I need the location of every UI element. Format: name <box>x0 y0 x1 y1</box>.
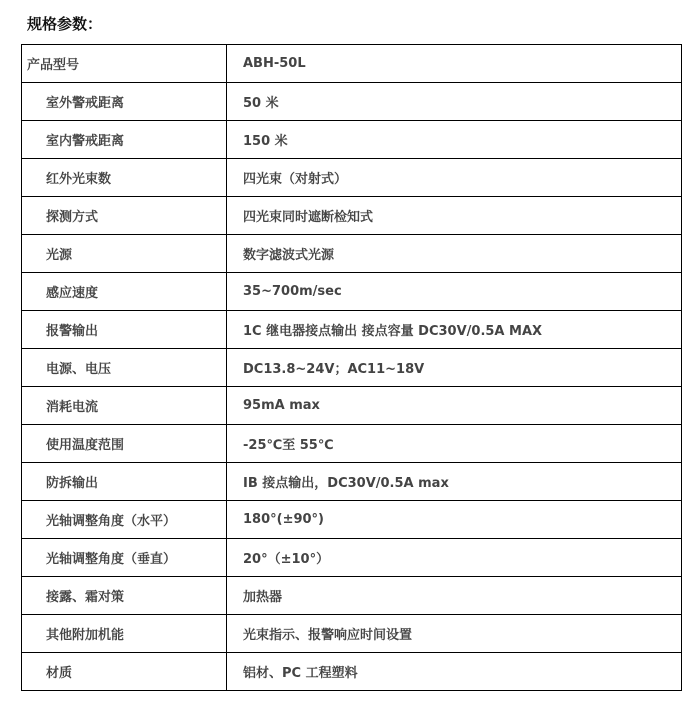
table-row: 接露、霜对策加热器 <box>22 577 682 615</box>
spec-value: 加热器 <box>227 577 682 615</box>
spec-label: 使用温度范围 <box>22 425 227 463</box>
spec-label: 材质 <box>22 653 227 691</box>
spec-value: DC13.8~24V；AC11~18V <box>227 349 682 387</box>
spec-value: 数字滤波式光源 <box>227 235 682 273</box>
table-row: 光轴调整角度（水平）180°(±90°) <box>22 501 682 539</box>
spec-value: ABH-50L <box>227 45 682 83</box>
table-row: 材质铝材、PC 工程塑料 <box>22 653 682 691</box>
spec-label: 光源 <box>22 235 227 273</box>
table-row: 防拆输出IB 接点输出，DC30V/0.5A max <box>22 463 682 501</box>
spec-label: 产品型号 <box>22 45 227 83</box>
spec-value: 铝材、PC 工程塑料 <box>227 653 682 691</box>
spec-label: 电源、电压 <box>22 349 227 387</box>
spec-value: IB 接点输出，DC30V/0.5A max <box>227 463 682 501</box>
spec-value: 150 米 <box>227 121 682 159</box>
spec-label: 室内警戒距离 <box>22 121 227 159</box>
table-row: 电源、电压DC13.8~24V；AC11~18V <box>22 349 682 387</box>
table-row: 使用温度范围-25℃至 55℃ <box>22 425 682 463</box>
table-row: 感应速度35~700m/sec <box>22 273 682 311</box>
spec-value: -25℃至 55℃ <box>227 425 682 463</box>
spec-label: 红外光束数 <box>22 159 227 197</box>
spec-value: 1C 继电器接点输出 接点容量 DC30V/0.5A MAX <box>227 311 682 349</box>
spec-value: 20°（±10°） <box>227 539 682 577</box>
table-row: 光源数字滤波式光源 <box>22 235 682 273</box>
spec-label: 室外警戒距离 <box>22 83 227 121</box>
spec-value: 四光束（对射式） <box>227 159 682 197</box>
table-row: 探测方式四光束同时遮断检知式 <box>22 197 682 235</box>
table-row: 光轴调整角度（垂直）20°（±10°） <box>22 539 682 577</box>
spec-value: 四光束同时遮断检知式 <box>227 197 682 235</box>
spec-label: 接露、霜对策 <box>22 577 227 615</box>
spec-table: 产品型号ABH-50L室外警戒距离50 米室内警戒距离150 米红外光束数四光束… <box>21 44 682 691</box>
spec-value: 光束指示、报警响应时间设置 <box>227 615 682 653</box>
spec-value: 95mA max <box>227 387 682 425</box>
spec-label: 其他附加机能 <box>22 615 227 653</box>
spec-label: 消耗电流 <box>22 387 227 425</box>
table-row: 室内警戒距离150 米 <box>22 121 682 159</box>
spec-value: 50 米 <box>227 83 682 121</box>
spec-label: 感应速度 <box>22 273 227 311</box>
spec-label: 报警输出 <box>22 311 227 349</box>
page-title: 规格参数： <box>27 13 102 34</box>
spec-label: 光轴调整角度（水平） <box>22 501 227 539</box>
table-row: 消耗电流95mA max <box>22 387 682 425</box>
spec-label: 探测方式 <box>22 197 227 235</box>
table-row: 产品型号ABH-50L <box>22 45 682 83</box>
table-row: 报警输出1C 继电器接点输出 接点容量 DC30V/0.5A MAX <box>22 311 682 349</box>
spec-label: 光轴调整角度（垂直） <box>22 539 227 577</box>
table-row: 室外警戒距离50 米 <box>22 83 682 121</box>
spec-label: 防拆输出 <box>22 463 227 501</box>
table-row: 其他附加机能光束指示、报警响应时间设置 <box>22 615 682 653</box>
table-row: 红外光束数四光束（对射式） <box>22 159 682 197</box>
spec-value: 180°(±90°) <box>227 501 682 539</box>
spec-value: 35~700m/sec <box>227 273 682 311</box>
